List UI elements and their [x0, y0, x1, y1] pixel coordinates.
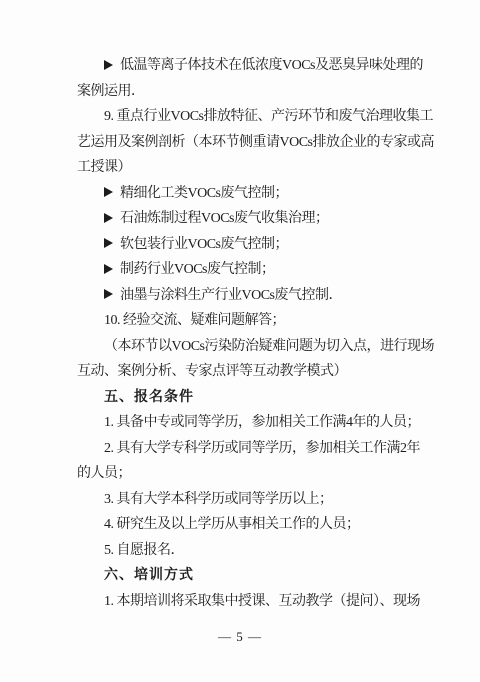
doc-line: 1. 具备中专或同等学历，参加相关工作满4年的人员；: [77, 410, 423, 436]
doc-line: 精细化工类VOCs废气控制；: [77, 181, 423, 207]
line-text: 3. 具有大学本科学历或同等学历以上；: [104, 492, 333, 507]
doc-line: 案例运用．: [77, 79, 423, 105]
line-text: 9. 重点行业VOCs排放特征、产污环节和废气治理收集工: [104, 109, 433, 124]
doc-line: 9. 重点行业VOCs排放特征、产污环节和废气治理收集工: [77, 104, 423, 130]
doc-line: 互动、案例分析、专家点评等互动教学模式）: [77, 359, 423, 385]
arrow-bullet-icon: [104, 238, 113, 248]
arrow-bullet-icon: [104, 213, 113, 223]
doc-line: 2. 具有大学专科学历或同等学历，参加相关工作满2年: [77, 436, 423, 462]
doc-line: 1. 本期培训将采取集中授课、互动教学（提问）、现场: [77, 589, 423, 615]
line-text: 的人员；: [77, 466, 131, 481]
doc-line: 油墨与涂料生产行业VOCs废气控制．: [77, 283, 423, 309]
doc-line: 石油炼制过程VOCs废气收集治理；: [77, 206, 423, 232]
arrow-bullet-icon: [104, 187, 113, 197]
doc-line: 5. 自愿报名．: [77, 538, 423, 564]
arrow-bullet-icon: [104, 289, 113, 299]
doc-line: 4. 研究生及以上学历从事相关工作的人员；: [77, 512, 423, 538]
doc-line: 艺运用及案例剖析（本环节侧重请VOCs排放企业的专家或高: [77, 130, 423, 156]
line-text: 2. 具有大学专科学历或同等学历，参加相关工作满2年: [104, 441, 420, 456]
line-text: 油墨与涂料生产行业VOCs废气控制．: [120, 288, 342, 303]
doc-line: 的人员；: [77, 461, 423, 487]
document-body: 低温等离子体技术在低浓度VOCs及恶臭异味处理的案例运用．9. 重点行业VOCs…: [77, 53, 423, 614]
line-text: 精细化工类VOCs废气控制；: [120, 186, 288, 201]
doc-line: 工授课）: [77, 155, 423, 181]
line-text: 六、培训方式: [104, 568, 194, 583]
section-heading: 五、报名条件: [77, 385, 423, 411]
doc-line: 制药行业VOCs废气控制；: [77, 257, 423, 283]
document-page: 低温等离子体技术在低浓度VOCs及恶臭异味处理的案例运用．9. 重点行业VOCs…: [0, 0, 480, 682]
line-text: 制药行业VOCs废气控制；: [120, 262, 275, 277]
doc-line: 低温等离子体技术在低浓度VOCs及恶臭异味处理的: [77, 53, 423, 79]
arrow-bullet-icon: [104, 60, 113, 70]
page-number-text: — 5 —: [218, 629, 262, 644]
line-text: 互动、案例分析、专家点评等互动教学模式）: [77, 364, 347, 379]
line-text: 石油炼制过程VOCs废气收集治理；: [120, 211, 329, 226]
line-text: 低温等离子体技术在低浓度VOCs及恶臭异味处理的: [120, 58, 423, 73]
arrow-bullet-icon: [104, 264, 113, 274]
line-text: 5. 自愿报名．: [104, 543, 184, 558]
line-text: 软包装行业VOCs废气控制；: [120, 237, 288, 252]
doc-line: 10. 经验交流、疑难问题解答；: [77, 308, 423, 334]
line-text: 艺运用及案例剖析（本环节侧重请VOCs排放企业的专家或高: [77, 135, 434, 150]
line-text: 案例运用．: [77, 84, 145, 99]
line-text: 五、报名条件: [104, 390, 194, 405]
section-heading: 六、培训方式: [77, 563, 423, 589]
doc-line: （本环节以VOCs污染防治疑难问题为切入点，进行现场: [77, 334, 423, 360]
line-text: 4. 研究生及以上学历从事相关工作的人员；: [104, 517, 360, 532]
line-text: 1. 本期培训将采取集中授课、互动教学（提问）、现场: [104, 594, 420, 609]
page-number: — 5 —: [0, 624, 480, 650]
line-text: 1. 具备中专或同等学历，参加相关工作满4年的人员；: [104, 415, 420, 430]
doc-line: 软包装行业VOCs废气控制；: [77, 232, 423, 258]
line-text: 10. 经验交流、疑难问题解答；: [104, 313, 285, 328]
doc-line: 3. 具有大学本科学历或同等学历以上；: [77, 487, 423, 513]
line-text: （本环节以VOCs污染防治疑难问题为切入点，进行现场: [104, 339, 434, 354]
line-text: 工授课）: [77, 160, 131, 175]
